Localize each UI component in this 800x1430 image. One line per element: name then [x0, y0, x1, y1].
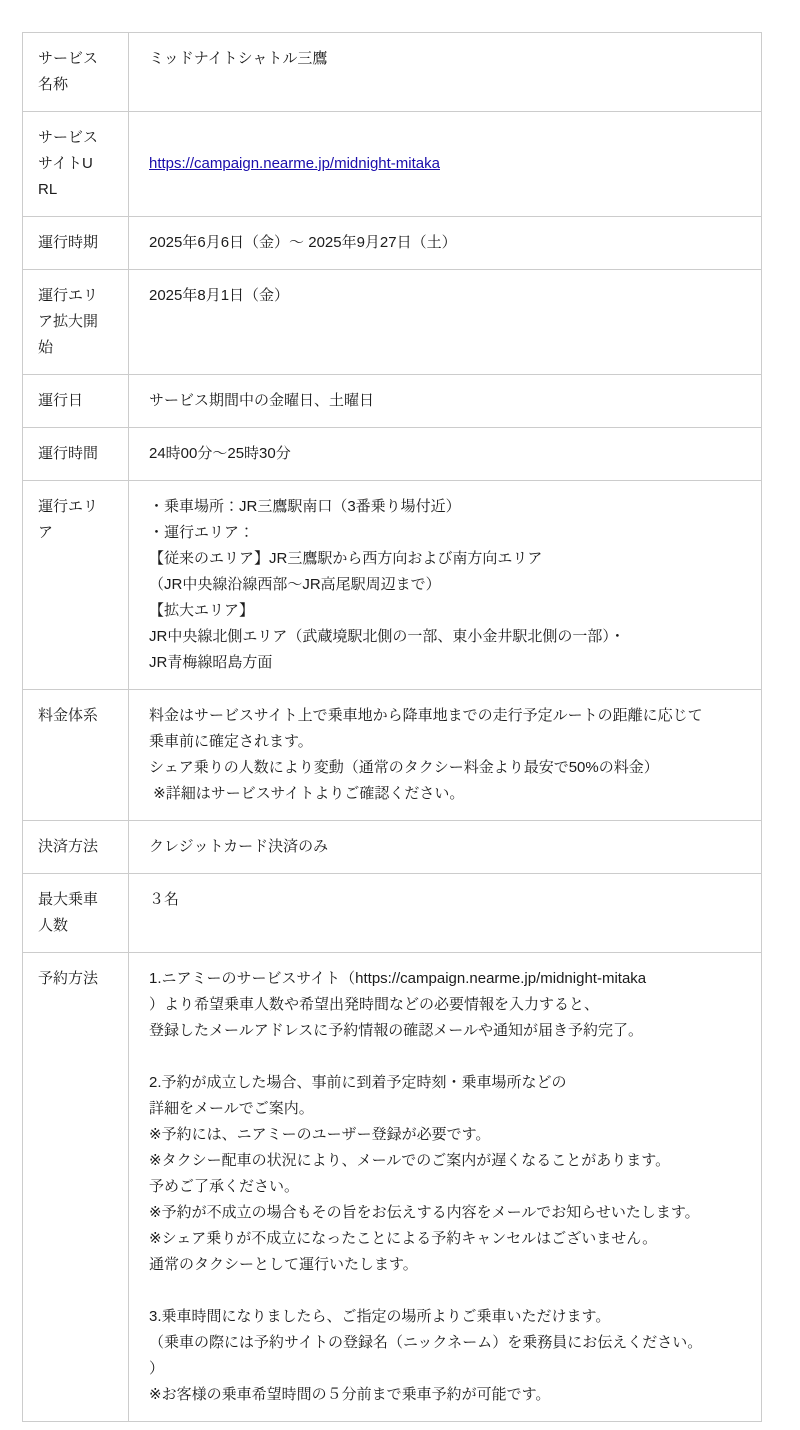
value-payment-method: クレジットカード決済のみ [129, 821, 762, 874]
row-operation-days: 運行日 サービス期間中の金曜日、土曜日 [23, 375, 762, 428]
row-service-name: サービス 名称 ミッドナイトシャトル三鷹 [23, 33, 762, 112]
label-max-passengers: 最大乗車 人数 [23, 874, 129, 953]
row-reservation-method: 予約方法 1.ニアミーのサービスサイト（https://campaign.nea… [23, 953, 762, 1422]
row-area-expansion-start: 運行エリ ア拡大開 始 2025年8月1日（金） [23, 270, 762, 375]
row-service-site-url: サービス サイトU RL https://campaign.nearme.jp/… [23, 112, 762, 217]
value-operation-period: 2025年6月6日（金）～ 2025年9月27日（土） [129, 217, 762, 270]
service-info-table: サービス 名称 ミッドナイトシャトル三鷹 サービス サイトU RL https:… [22, 32, 762, 1422]
value-fare-system: 料金はサービスサイト上で乗車地から降車地までの走行予定ルートの距離に応じて 乗車… [129, 690, 762, 821]
label-operation-area: 運行エリ ア [23, 481, 129, 690]
row-operation-hours: 運行時間 24時00分～25時30分 [23, 428, 762, 481]
value-reservation-method: 1.ニアミーのサービスサイト（https://campaign.nearme.j… [129, 953, 762, 1422]
value-operation-area: ・乗車場所：JR三鷹駅南口（3番乗り場付近） ・運行エリア： 【従来のエリア】J… [129, 481, 762, 690]
value-max-passengers: ３名 [129, 874, 762, 953]
row-operation-period: 運行時期 2025年6月6日（金）～ 2025年9月27日（土） [23, 217, 762, 270]
value-operation-days: サービス期間中の金曜日、土曜日 [129, 375, 762, 428]
value-service-site-url: https://campaign.nearme.jp/midnight-mita… [129, 112, 762, 217]
label-service-site-url: サービス サイトU RL [23, 112, 129, 217]
label-operation-hours: 運行時間 [23, 428, 129, 481]
value-area-expansion-start: 2025年8月1日（金） [129, 270, 762, 375]
row-payment-method: 決済方法 クレジットカード決済のみ [23, 821, 762, 874]
value-service-name: ミッドナイトシャトル三鷹 [129, 33, 762, 112]
label-reservation-method: 予約方法 [23, 953, 129, 1422]
label-fare-system: 料金体系 [23, 690, 129, 821]
label-service-name: サービス 名称 [23, 33, 129, 112]
row-max-passengers: 最大乗車 人数 ３名 [23, 874, 762, 953]
value-operation-hours: 24時00分～25時30分 [129, 428, 762, 481]
row-fare-system: 料金体系 料金はサービスサイト上で乗車地から降車地までの走行予定ルートの距離に応… [23, 690, 762, 821]
label-operation-days: 運行日 [23, 375, 129, 428]
label-operation-period: 運行時期 [23, 217, 129, 270]
label-area-expansion-start: 運行エリ ア拡大開 始 [23, 270, 129, 375]
service-site-link[interactable]: https://campaign.nearme.jp/midnight-mita… [149, 155, 440, 172]
service-info-page: サービス 名称 ミッドナイトシャトル三鷹 サービス サイトU RL https:… [0, 0, 800, 1430]
row-operation-area: 運行エリ ア ・乗車場所：JR三鷹駅南口（3番乗り場付近） ・運行エリア： 【従… [23, 481, 762, 690]
label-payment-method: 決済方法 [23, 821, 129, 874]
